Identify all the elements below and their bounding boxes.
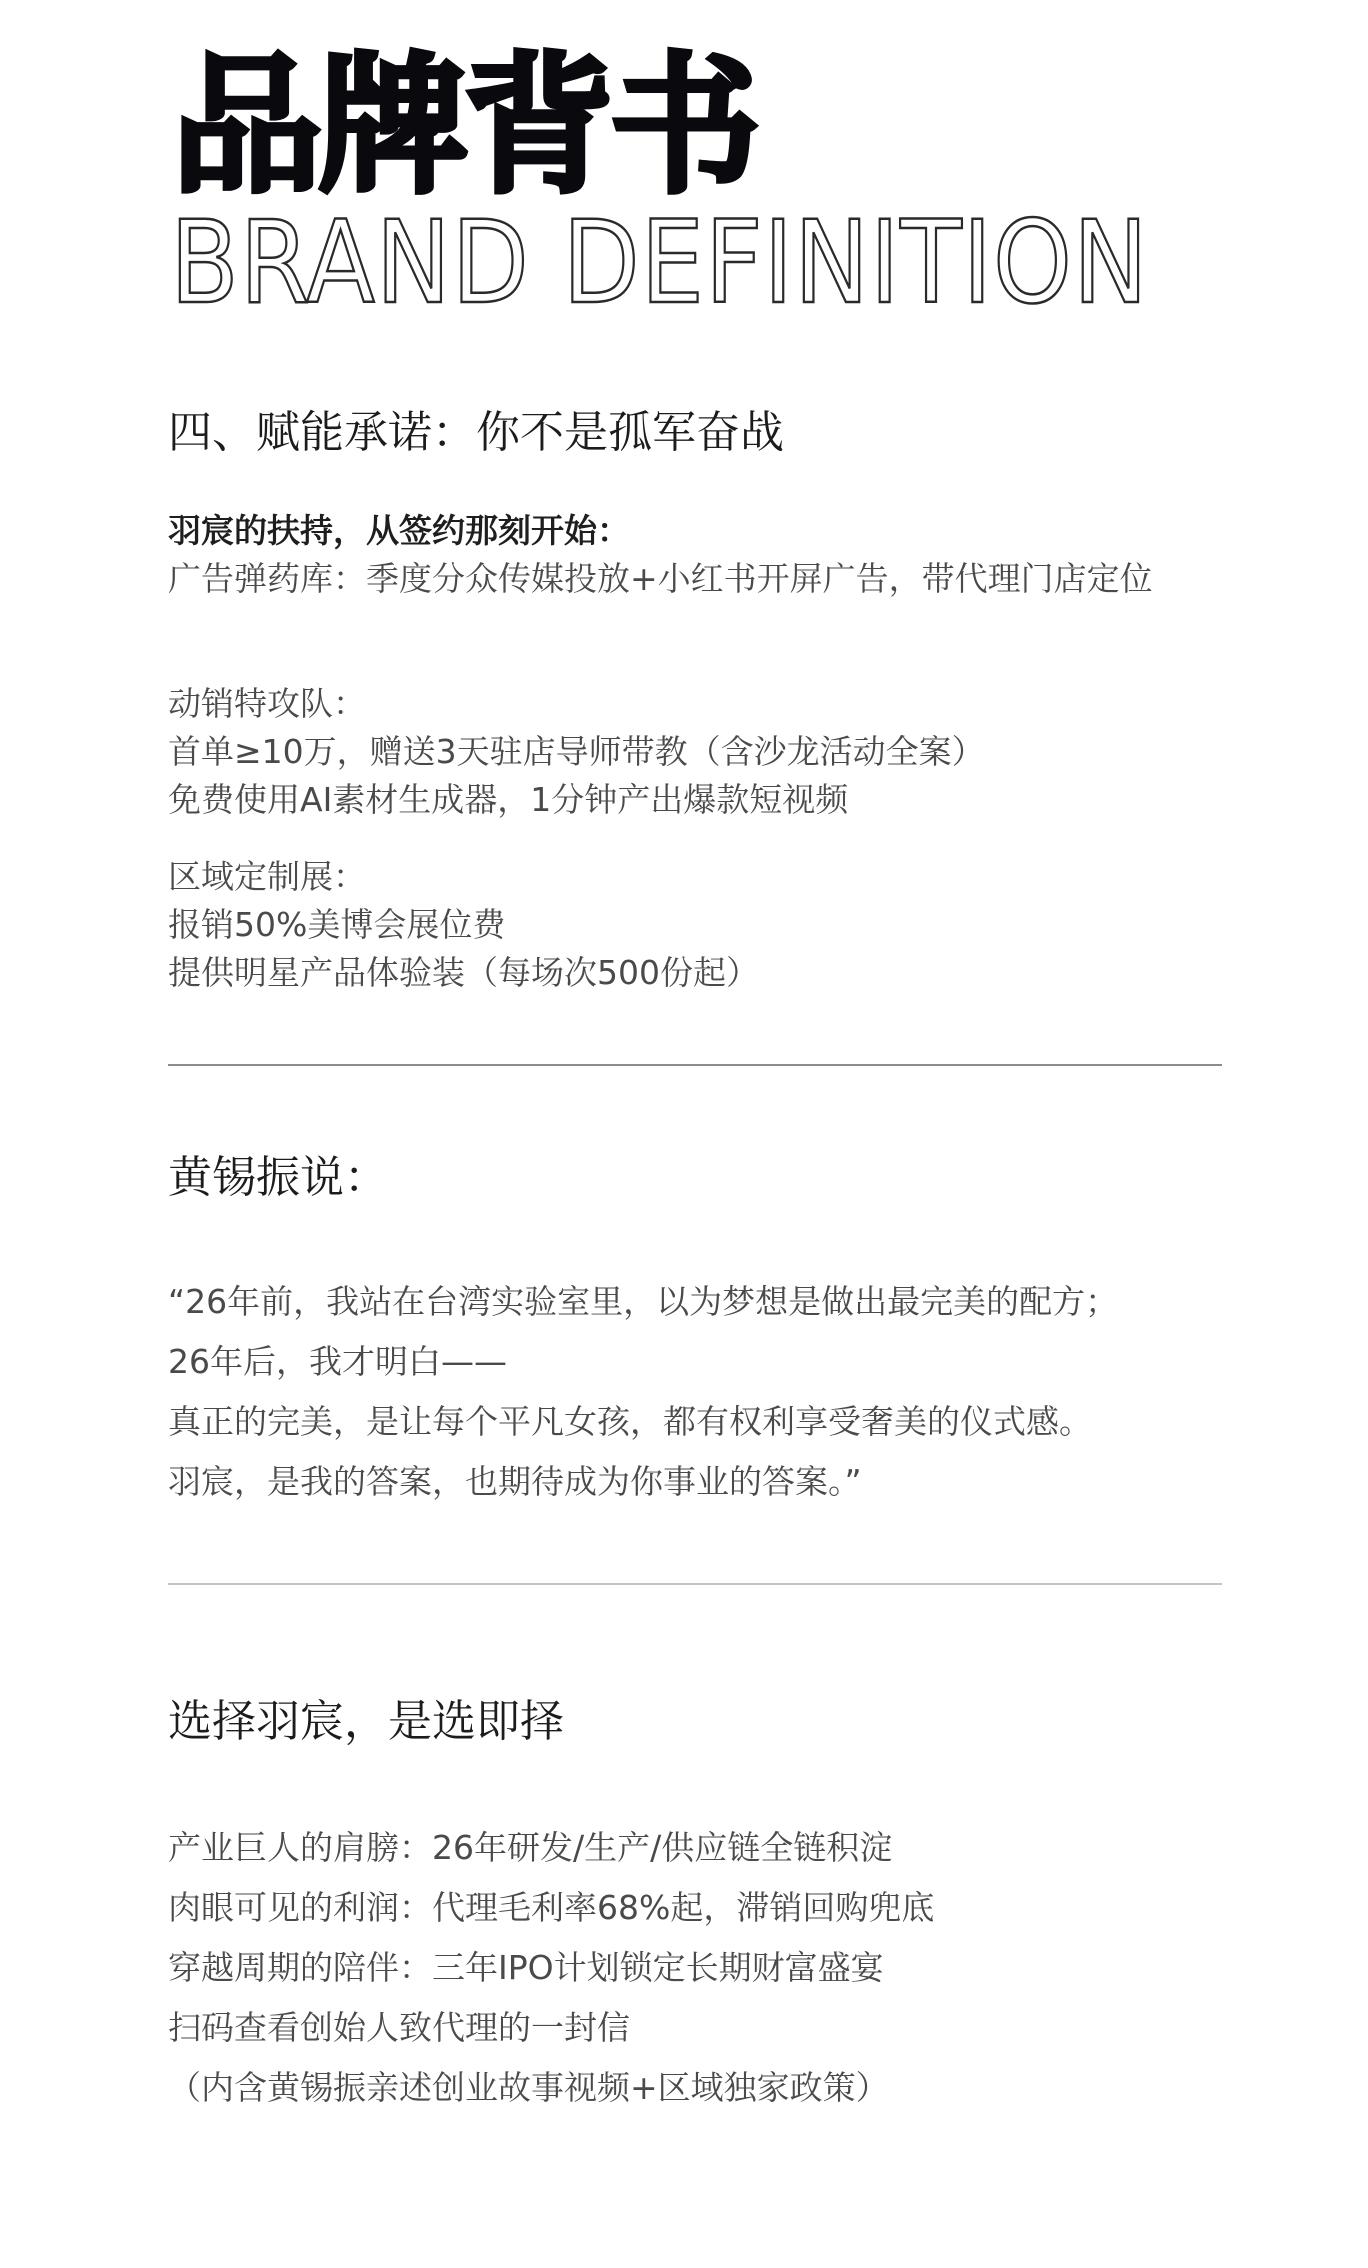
choice-line-scan-qr: 扫码查看创始人致代理的一封信	[168, 2006, 630, 2050]
choice-line-ipo: 穿越周期的陪伴：三年IPO计划锁定长期财富盛宴	[168, 1946, 884, 1990]
commitment-line-regional-expo-label: 区域定制展：	[168, 855, 366, 899]
commitment-line-sales-team-label: 动销特攻队：	[168, 682, 366, 726]
commitment-intro: 羽宸的扶持，从签约那刻开始：	[168, 509, 630, 553]
hero-title-en: BRAND DEFINITION	[170, 208, 1149, 318]
divider	[168, 1064, 1222, 1066]
commitment-line-expo-reimburse: 报销50%美博会展位费	[168, 903, 505, 947]
choice-line-profit: 肉眼可见的利润：代理毛利率68%起，滞销回购兜底	[168, 1886, 934, 1930]
section-heading-founder: 黄锡振说：	[168, 1150, 388, 1206]
hero-title-cn: 品牌背书	[172, 42, 756, 212]
section-heading-commitment: 四、赋能承诺：你不是孤军奋战	[168, 405, 784, 461]
divider	[168, 1583, 1222, 1585]
commitment-line-first-order: 首单≥10万，赠送3天驻店导师带教（含沙龙活动全案）	[168, 730, 985, 774]
choice-line-letter-contents: （内含黄锡振亲述创业故事视频+区域独家政策）	[168, 2066, 889, 2110]
quote-line: 羽宸，是我的答案，也期待成为你事业的答案。”	[168, 1460, 862, 1504]
choice-line-industry-giant: 产业巨人的肩膀：26年研发/生产/供应链全链积淀	[168, 1826, 892, 1870]
quote-line: 26年后，我才明白——	[168, 1340, 507, 1384]
quote-line: 真正的完美，是让每个平凡女孩，都有权利享受奢美的仪式感。	[168, 1400, 1092, 1444]
section-heading-choice: 选择羽宸，是选即择	[168, 1694, 564, 1750]
quote-line: “26年前，我站在台湾实验室里，以为梦想是做出最完美的配方；	[168, 1280, 1118, 1324]
commitment-line-ai-generator: 免费使用AI素材生成器，1分钟产出爆款短视频	[168, 778, 848, 822]
commitment-line-trial-kits: 提供明星产品体验装（每场次500份起）	[168, 951, 759, 995]
commitment-line-ad-arsenal: 广告弹药库：季度分众传媒投放+小红书开屏广告，带代理门店定位	[168, 557, 1153, 601]
